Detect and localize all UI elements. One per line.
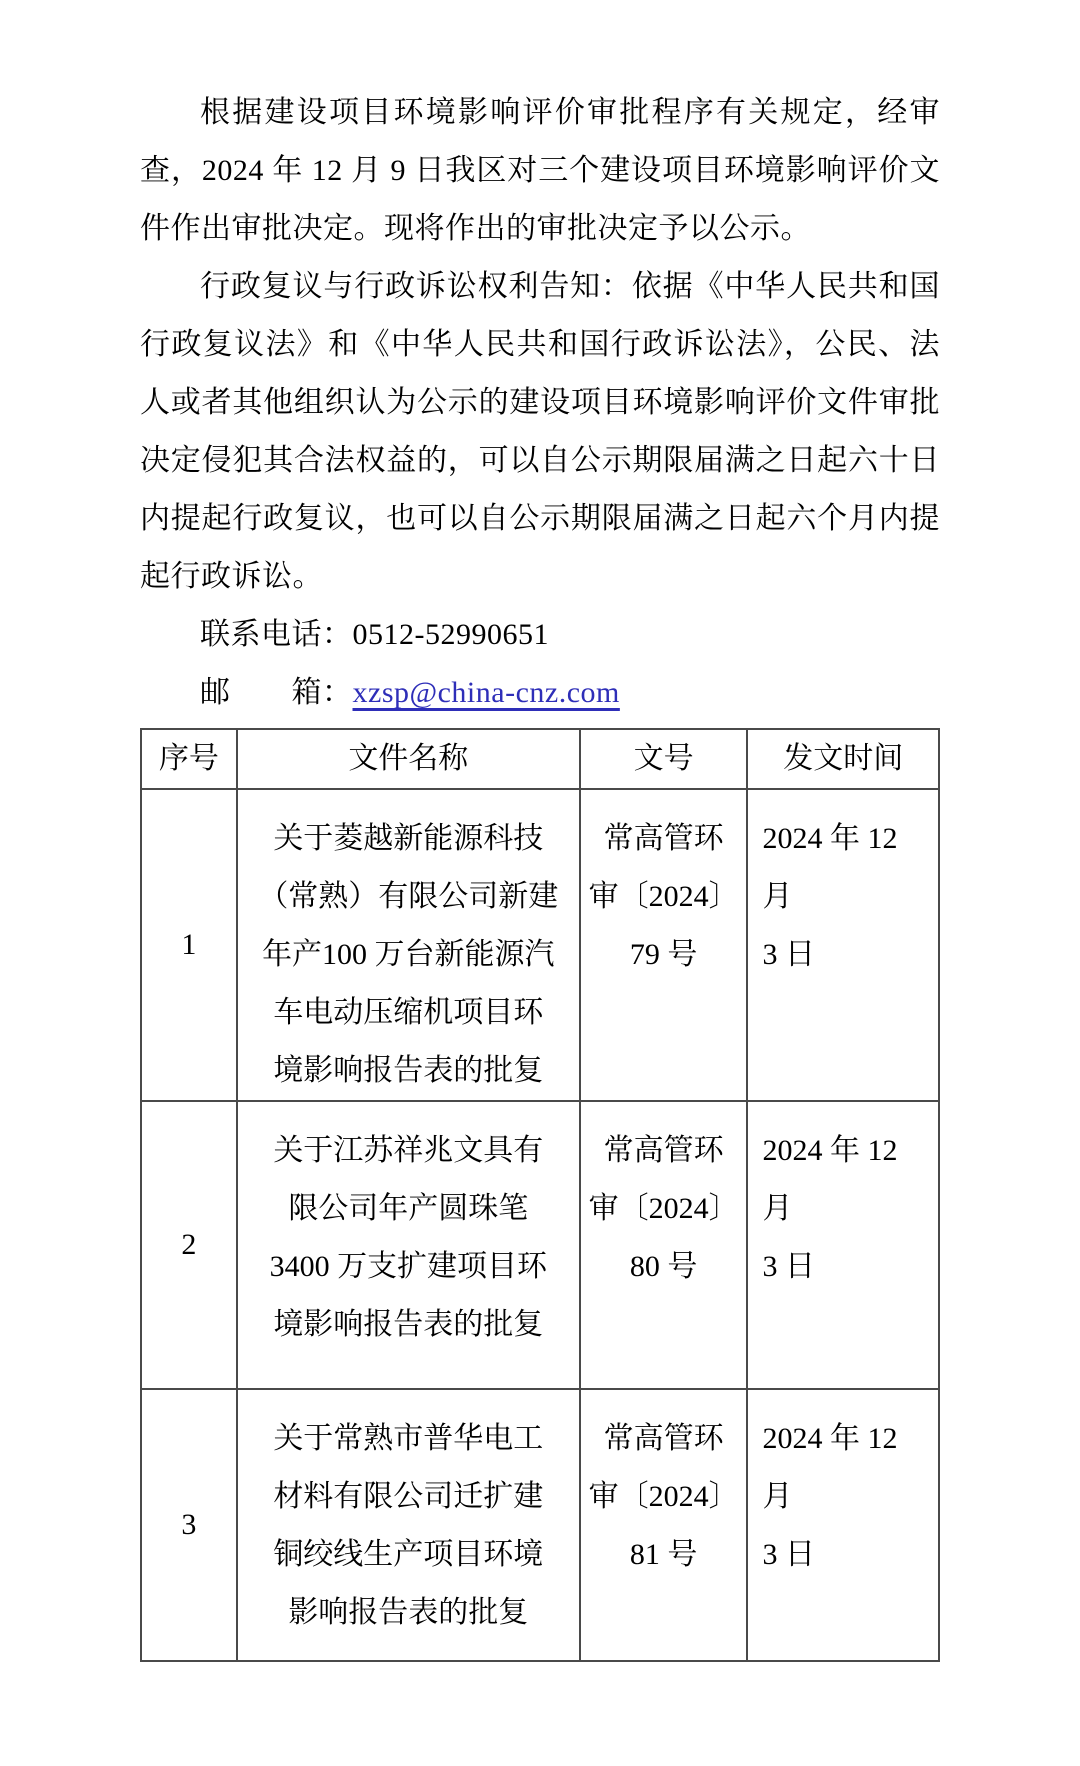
header-file-name: 文件名称: [237, 729, 580, 789]
row-index: 3: [141, 1389, 237, 1661]
approval-table: 序号 文件名称 文号 发文时间 1 关于菱越新能源科技 （常熟）有限公司新建 年…: [140, 728, 940, 1662]
phone-label: 联系电话：: [200, 618, 353, 651]
file-name: 关于常熟市普华电工 材料有限公司迁扩建 铜绞线生产项目环境 影响报告表的批复: [237, 1389, 580, 1661]
contact-email-line: 邮 箱：xzsp@china-cnz.com: [140, 664, 940, 722]
email-link[interactable]: xzsp@china-cnz.com: [353, 676, 620, 709]
file-name: 关于菱越新能源科技 （常熟）有限公司新建 年产100 万台新能源汽 车电动压缩机…: [237, 789, 580, 1101]
doc-number: 常高管环 审〔2024〕 79 号: [580, 789, 748, 1101]
phone-number: 0512-52990651: [353, 618, 550, 651]
table-row: 3 关于常熟市普华电工 材料有限公司迁扩建 铜绞线生产项目环境 影响报告表的批复…: [141, 1389, 939, 1661]
contact-phone-line: 联系电话：0512-52990651: [140, 606, 940, 664]
table-row: 2 关于江苏祥兆文具有 限公司年产圆珠笔 3400 万支扩建项目环 境影响报告表…: [141, 1101, 939, 1389]
header-index: 序号: [141, 729, 237, 789]
email-label: 邮 箱：: [200, 676, 353, 709]
document-page: 根据建设项目环境影响评价审批程序有关规定，经审查，2024 年 12 月 9 日…: [0, 0, 1080, 1766]
paragraph-appeal-rights: 行政复议与行政诉讼权利告知：依据《中华人民共和国行政复议法》和《中华人民共和国行…: [140, 258, 940, 606]
file-name: 关于江苏祥兆文具有 限公司年产圆珠笔 3400 万支扩建项目环 境影响报告表的批…: [237, 1101, 580, 1389]
doc-number: 常高管环 审〔2024〕 80 号: [580, 1101, 748, 1389]
header-issue-date: 发文时间: [747, 729, 939, 789]
paragraph-approval-announcement: 根据建设项目环境影响评价审批程序有关规定，经审查，2024 年 12 月 9 日…: [140, 84, 940, 258]
row-index: 1: [141, 789, 237, 1101]
doc-number: 常高管环 审〔2024〕 81 号: [580, 1389, 748, 1661]
table-row: 1 关于菱越新能源科技 （常熟）有限公司新建 年产100 万台新能源汽 车电动压…: [141, 789, 939, 1101]
issue-date: 2024 年 12 月 3 日: [747, 789, 939, 1101]
issue-date: 2024 年 12 月 3 日: [747, 1101, 939, 1389]
issue-date: 2024 年 12 月 3 日: [747, 1389, 939, 1661]
header-doc-number: 文号: [580, 729, 748, 789]
table-header-row: 序号 文件名称 文号 发文时间: [141, 729, 939, 789]
row-index: 2: [141, 1101, 237, 1389]
